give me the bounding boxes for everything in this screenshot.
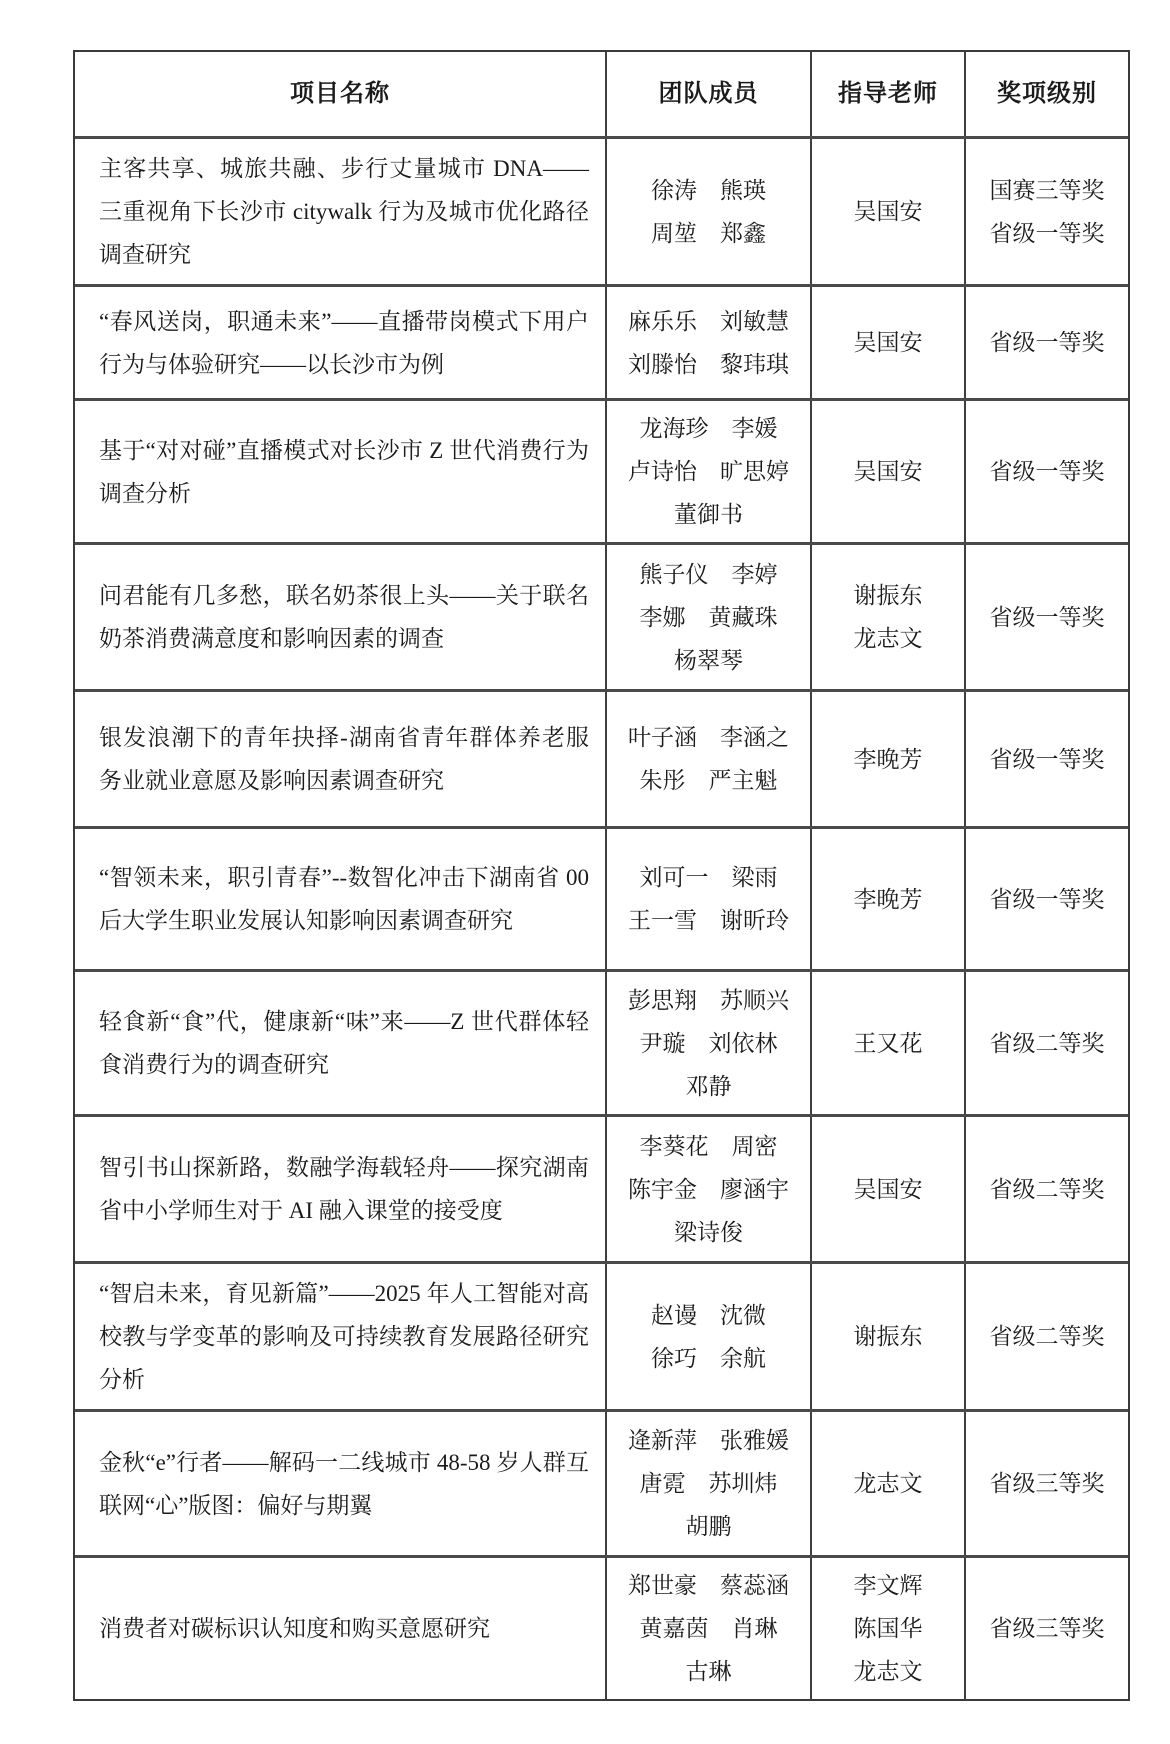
project-cell: 问君能有几多愁，联名奶茶很上头——关于联名奶茶消费满意度和影响因素的调查 [75,545,605,689]
advisor-cell-line: 李晚芳 [854,878,923,921]
advisor-cell-line: 吴国安 [854,1168,923,1211]
members-cell-line: 赵谩 沈微 [651,1294,766,1337]
advisor-cell-line: 龙志文 [854,1462,923,1505]
award-cell: 省级一等奖 [964,692,1128,826]
members-cell: 郑世豪 蔡蕊涵黄嘉茵 肖琳古琳 [605,1558,810,1699]
members-cell: 叶子涵 李涵之朱彤 严主魁 [605,692,810,826]
award-cell: 省级二等奖 [964,972,1128,1114]
advisor-cell: 吴国安 [810,139,964,284]
project-cell: “春风送岗，职通未来”——直播带岗模式下用户行为与体验研究——以长沙市为例 [75,287,605,398]
award-cell-line: 省级一等奖 [990,212,1105,255]
header-label: 奖项级别 [997,73,1097,116]
header-cell-members: 团队成员 [605,52,810,136]
members-cell: 徐涛 熊瑛周堃 郑鑫 [605,139,810,284]
members-cell-line: 郑世豪 蔡蕊涵 [628,1564,789,1607]
award-cell-line: 省级一等奖 [990,596,1105,639]
table-row: “春风送岗，职通未来”——直播带岗模式下用户行为与体验研究——以长沙市为例麻乐乐… [75,284,1128,398]
project-title: 基于“对对碰”直播模式对长沙市 Z 世代消费行为调查分析 [99,429,589,515]
award-cell-line: 国赛三等奖 [990,169,1105,212]
header-label: 指导老师 [838,73,938,116]
header-cell-award: 奖项级别 [964,52,1128,136]
header-label: 团队成员 [659,73,759,116]
award-cell: 省级三等奖 [964,1558,1128,1699]
advisor-cell-line: 李文辉 [854,1564,923,1607]
members-cell-line: 卢诗怡 旷思婷 [628,450,789,493]
members-cell-line: 尹璇 刘依林 [640,1022,778,1065]
advisor-cell: 龙志文 [810,1412,964,1555]
members-cell-line: 徐涛 熊瑛 [651,169,766,212]
members-cell: 龙海珍 李媛卢诗怡 旷思婷董御书 [605,401,810,542]
project-cell: 智引书山探新路，数融学海载轻舟——探究湖南省中小学师生对于 AI 融入课堂的接受… [75,1117,605,1261]
table-row: 金秋“e”行者——解码一二线城市 48-58 岁人群互联网“心”版图：偏好与期翼… [75,1409,1128,1555]
table-row: 银发浪潮下的青年抉择-湖南省青年群体养老服务业就业意愿及影响因素调查研究叶子涵 … [75,689,1128,826]
advisor-cell: 谢振东 [810,1264,964,1409]
project-title: 银发浪潮下的青年抉择-湖南省青年群体养老服务业就业意愿及影响因素调查研究 [99,716,589,802]
members-cell: 逄新萍 张雅媛唐霓 苏圳炜胡鹏 [605,1412,810,1555]
members-cell-line: 朱彤 严主魁 [640,759,778,802]
project-title: 轻食新“食”代，健康新“味”来——Z 世代群体轻食消费行为的调查研究 [99,1000,589,1086]
award-cell: 省级三等奖 [964,1412,1128,1555]
table-row: 主客共享、城旅共融、步行丈量城市 DNA——三重视角下长沙市 citywalk … [75,136,1128,284]
award-cell-line: 省级三等奖 [990,1607,1105,1650]
members-cell-line: 黄嘉茵 肖琳 [640,1607,778,1650]
members-cell-line: 邓静 [686,1065,732,1108]
project-cell: 银发浪潮下的青年抉择-湖南省青年群体养老服务业就业意愿及影响因素调查研究 [75,692,605,826]
header-cell-advisor: 指导老师 [810,52,964,136]
advisor-cell: 吴国安 [810,1117,964,1261]
award-cell: 国赛三等奖省级一等奖 [964,139,1128,284]
award-cell: 省级一等奖 [964,545,1128,689]
project-cell: 金秋“e”行者——解码一二线城市 48-58 岁人群互联网“心”版图：偏好与期翼 [75,1412,605,1555]
header-label: 项目名称 [290,73,390,116]
table-row: 基于“对对碰”直播模式对长沙市 Z 世代消费行为调查分析龙海珍 李媛卢诗怡 旷思… [75,398,1128,542]
project-title: 智引书山探新路，数融学海载轻舟——探究湖南省中小学师生对于 AI 融入课堂的接受… [99,1146,589,1232]
advisor-cell: 李晚芳 [810,692,964,826]
members-cell-line: 刘可一 梁雨 [640,856,778,899]
advisor-cell-line: 吴国安 [854,450,923,493]
advisor-cell-line: 李晚芳 [854,738,923,781]
award-cell: 省级一等奖 [964,401,1128,542]
table-row: 轻食新“食”代，健康新“味”来——Z 世代群体轻食消费行为的调查研究彭思翔 苏顺… [75,969,1128,1114]
members-cell-line: 徐巧 余航 [651,1337,766,1380]
members-cell-line: 杨翠琴 [674,639,743,682]
award-cell: 省级二等奖 [964,1264,1128,1409]
members-cell: 麻乐乐 刘敏慧刘滕怡 黎玮琪 [605,287,810,398]
award-cell-line: 省级二等奖 [990,1022,1105,1065]
members-cell-line: 胡鹏 [686,1505,732,1548]
members-cell: 赵谩 沈微徐巧 余航 [605,1264,810,1409]
advisor-cell: 吴国安 [810,287,964,398]
advisor-cell: 吴国安 [810,401,964,542]
project-title: 消费者对碳标识认知度和购买意愿研究 [99,1607,589,1650]
advisor-cell-line: 陈国华 [854,1607,923,1650]
members-cell: 熊子仪 李婷李娜 黄藏珠杨翠琴 [605,545,810,689]
table-row: 消费者对碳标识认知度和购买意愿研究郑世豪 蔡蕊涵黄嘉茵 肖琳古琳李文辉陈国华龙志… [75,1555,1128,1699]
members-cell-line: 熊子仪 李婷 [640,553,778,596]
award-cell-line: 省级二等奖 [990,1168,1105,1211]
members-cell-line: 李葵花 周密 [640,1125,778,1168]
project-title: 主客共享、城旅共融、步行丈量城市 DNA——三重视角下长沙市 citywalk … [99,147,589,276]
members-cell-line: 梁诗俊 [674,1211,743,1254]
project-cell: 主客共享、城旅共融、步行丈量城市 DNA——三重视角下长沙市 citywalk … [75,139,605,284]
project-title: 问君能有几多愁，联名奶茶很上头——关于联名奶茶消费满意度和影响因素的调查 [99,574,589,660]
table-row: 智引书山探新路，数融学海载轻舟——探究湖南省中小学师生对于 AI 融入课堂的接受… [75,1114,1128,1261]
members-cell-line: 逄新萍 张雅媛 [628,1419,789,1462]
advisor-cell: 李文辉陈国华龙志文 [810,1558,964,1699]
members-cell-line: 李娜 黄藏珠 [640,596,778,639]
award-cell-line: 省级二等奖 [990,1315,1105,1358]
advisor-cell-line: 吴国安 [854,190,923,233]
table-row: “智启未来，育见新篇”——2025 年人工智能对高校教与学变革的影响及可持续教育… [75,1261,1128,1409]
project-cell: “智启未来，育见新篇”——2025 年人工智能对高校教与学变革的影响及可持续教育… [75,1264,605,1409]
members-cell: 李葵花 周密陈宇金 廖涵宇梁诗俊 [605,1117,810,1261]
award-cell: 省级一等奖 [964,287,1128,398]
award-cell: 省级二等奖 [964,1117,1128,1261]
members-cell-line: 叶子涵 李涵之 [628,716,789,759]
members-cell-line: 彭思翔 苏顺兴 [628,979,789,1022]
advisor-cell: 谢振东龙志文 [810,545,964,689]
award-cell-line: 省级一等奖 [990,450,1105,493]
document-page: 项目名称团队成员指导老师奖项级别主客共享、城旅共融、步行丈量城市 DNA——三重… [0,0,1170,1744]
members-cell-line: 龙海珍 李媛 [640,407,778,450]
advisor-cell-line: 谢振东 [854,574,923,617]
advisor-cell: 王又花 [810,972,964,1114]
award-cell-line: 省级一等奖 [990,738,1105,781]
table-row: “智领未来，职引青春”--数智化冲击下湖南省 00 后大学生职业发展认知影响因素… [75,826,1128,969]
award-cell: 省级一等奖 [964,829,1128,969]
members-cell-line: 刘滕怡 黎玮琪 [628,343,789,386]
project-title: “智启未来，育见新篇”——2025 年人工智能对高校教与学变革的影响及可持续教育… [99,1272,589,1401]
project-title: “智领未来，职引青春”--数智化冲击下湖南省 00 后大学生职业发展认知影响因素… [99,856,589,942]
members-cell-line: 董御书 [674,493,743,536]
members-cell: 刘可一 梁雨王一雪 谢昕玲 [605,829,810,969]
award-cell-line: 省级一等奖 [990,321,1105,364]
table-header-row: 项目名称团队成员指导老师奖项级别 [75,52,1128,136]
advisor-cell-line: 龙志文 [854,1650,923,1693]
advisor-cell-line: 吴国安 [854,321,923,364]
advisor-cell-line: 谢振东 [854,1315,923,1358]
advisor-cell-line: 王又花 [854,1022,923,1065]
project-cell: 消费者对碳标识认知度和购买意愿研究 [75,1558,605,1699]
members-cell-line: 王一雪 谢昕玲 [628,899,789,942]
project-cell: 基于“对对碰”直播模式对长沙市 Z 世代消费行为调查分析 [75,401,605,542]
members-cell-line: 麻乐乐 刘敏慧 [628,300,789,343]
members-cell-line: 古琳 [686,1650,732,1693]
advisor-cell: 李晚芳 [810,829,964,969]
project-title: “春风送岗，职通未来”——直播带岗模式下用户行为与体验研究——以长沙市为例 [99,300,589,386]
project-cell: “智领未来，职引青春”--数智化冲击下湖南省 00 后大学生职业发展认知影响因素… [75,829,605,969]
advisor-cell-line: 龙志文 [854,617,923,660]
project-title: 金秋“e”行者——解码一二线城市 48-58 岁人群互联网“心”版图：偏好与期翼 [99,1441,589,1527]
project-cell: 轻食新“食”代，健康新“味”来——Z 世代群体轻食消费行为的调查研究 [75,972,605,1114]
table-row: 问君能有几多愁，联名奶茶很上头——关于联名奶茶消费满意度和影响因素的调查熊子仪 … [75,542,1128,689]
members-cell-line: 唐霓 苏圳炜 [640,1462,778,1505]
members-cell: 彭思翔 苏顺兴尹璇 刘依林邓静 [605,972,810,1114]
award-cell-line: 省级一等奖 [990,878,1105,921]
members-cell-line: 陈宇金 廖涵宇 [628,1168,789,1211]
award-cell-line: 省级三等奖 [990,1462,1105,1505]
members-cell-line: 周堃 郑鑫 [651,212,766,255]
awards-table: 项目名称团队成员指导老师奖项级别主客共享、城旅共融、步行丈量城市 DNA——三重… [73,50,1130,1701]
header-cell-project: 项目名称 [75,52,605,136]
